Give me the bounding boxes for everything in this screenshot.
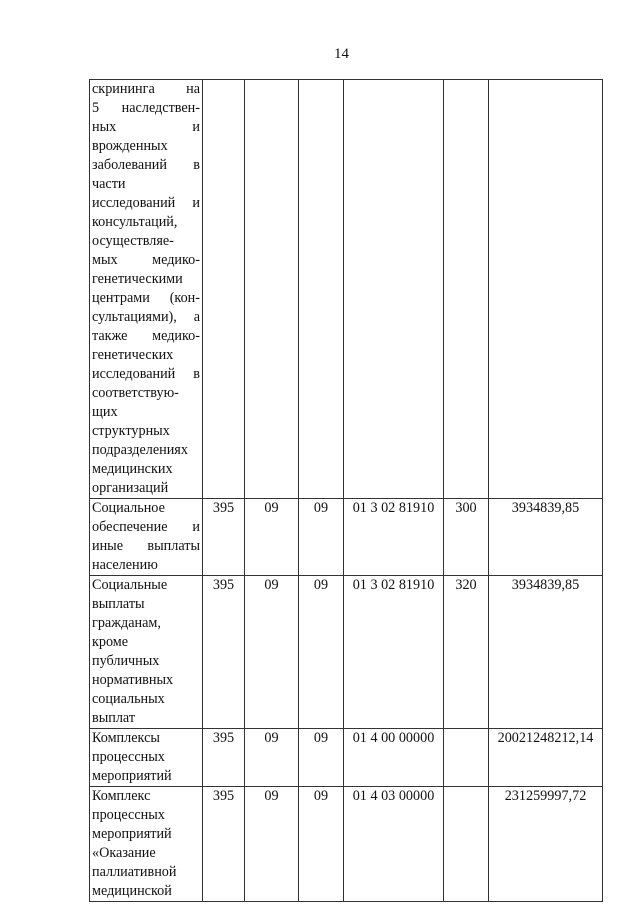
item-name-line: щих [92, 403, 200, 422]
subsection-code-cell: 09 [299, 729, 344, 787]
item-name-line: консультаций, [92, 213, 200, 232]
expense-type-cell [444, 787, 489, 902]
item-name-line: Комплексы [92, 729, 200, 748]
grbs-code-cell: 395 [203, 499, 245, 576]
item-name-line: заболеваний в [92, 156, 200, 175]
budget-table-body: скрининга на5 наследствен-ных иврожденны… [90, 80, 603, 902]
item-name-line: центрами (кон- [92, 289, 200, 308]
item-name-cell: Комплексыпроцессныхмероприятий [90, 729, 203, 787]
table-row: Комплекспроцессныхмероприятий«Оказаниепа… [90, 787, 603, 902]
item-name-line: выплаты [92, 595, 200, 614]
item-name-line: мых медико- [92, 251, 200, 270]
item-name-line: осуществляе- [92, 232, 200, 251]
item-name-line: Комплекс [92, 787, 200, 806]
expense-type-cell: 300 [444, 499, 489, 576]
item-name-line: медицинских [92, 460, 200, 479]
target-article-cell: 01 3 02 81910 [344, 499, 444, 576]
target-article-cell: 01 4 03 00000 [344, 787, 444, 902]
amount-cell: 3934839,85 [489, 576, 603, 729]
item-name-line: социальных [92, 690, 200, 709]
section-code-cell: 09 [245, 729, 299, 787]
item-name-line: скрининга на [92, 80, 200, 99]
item-name-line: организаций [92, 479, 200, 498]
item-name-line: врожденных [92, 137, 200, 156]
section-code-cell: 09 [245, 787, 299, 902]
amount-cell: 20021248212,14 [489, 729, 603, 787]
subsection-code-cell: 09 [299, 787, 344, 902]
item-name-line: части [92, 175, 200, 194]
item-name-line: паллиативной [92, 863, 200, 882]
item-name-line: публичных [92, 652, 200, 671]
item-name-line: генетическими [92, 270, 200, 289]
item-name-line: мероприятий [92, 767, 200, 786]
subsection-code-cell: 09 [299, 576, 344, 729]
item-name-cell: Социальныевыплатыгражданам,кромепубличны… [90, 576, 203, 729]
section-code-cell: 09 [245, 499, 299, 576]
grbs-code-cell: 395 [203, 576, 245, 729]
amount-cell: 231259997,72 [489, 787, 603, 902]
item-name-line: также медико- [92, 327, 200, 346]
item-name-line: «Оказание [92, 844, 200, 863]
grbs-code-cell [203, 80, 245, 499]
section-code-cell [245, 80, 299, 499]
item-name-cell: Комплекспроцессныхмероприятий«Оказаниепа… [90, 787, 203, 902]
subsection-code-cell [299, 80, 344, 499]
item-name-line: процессных [92, 806, 200, 825]
item-name-line: исследований в [92, 365, 200, 384]
item-name-line: 5 наследствен- [92, 99, 200, 118]
amount-cell: 3934839,85 [489, 499, 603, 576]
item-name-line: соответствую- [92, 384, 200, 403]
table-row: скрининга на5 наследствен-ных иврожденны… [90, 80, 603, 499]
target-article-cell: 01 4 00 00000 [344, 729, 444, 787]
target-article-cell [344, 80, 444, 499]
item-name-line: населению [92, 556, 200, 575]
item-name-line: Социальное [92, 499, 200, 518]
item-name-line: структурных [92, 422, 200, 441]
target-article-cell: 01 3 02 81910 [344, 576, 444, 729]
item-name-cell: скрининга на5 наследствен-ных иврожденны… [90, 80, 203, 499]
item-name-line: медицинской [92, 882, 200, 901]
amount-cell [489, 80, 603, 499]
item-name-line: выплат [92, 709, 200, 728]
subsection-code-cell: 09 [299, 499, 344, 576]
table-row: Социальныевыплатыгражданам,кромепубличны… [90, 576, 603, 729]
section-code-cell: 09 [245, 576, 299, 729]
item-name-line: подразделениях [92, 441, 200, 460]
item-name-line: сультациями), а [92, 308, 200, 327]
expense-type-cell: 320 [444, 576, 489, 729]
page-number: 14 [0, 45, 640, 63]
budget-table: скрининга на5 наследствен-ных иврожденны… [89, 79, 603, 902]
item-name-line: кроме [92, 633, 200, 652]
item-name-line: нормативных [92, 671, 200, 690]
item-name-line: исследований и [92, 194, 200, 213]
item-name-line: Социальные [92, 576, 200, 595]
item-name-line: мероприятий [92, 825, 200, 844]
grbs-code-cell: 395 [203, 729, 245, 787]
expense-type-cell [444, 729, 489, 787]
table-row: Комплексыпроцессныхмероприятий395090901 … [90, 729, 603, 787]
item-name-cell: Социальноеобеспечение ииные выплатынасел… [90, 499, 203, 576]
item-name-line: иные выплаты [92, 537, 200, 556]
expense-type-cell [444, 80, 489, 499]
item-name-line: процессных [92, 748, 200, 767]
grbs-code-cell: 395 [203, 787, 245, 902]
item-name-line: гражданам, [92, 614, 200, 633]
table-row: Социальноеобеспечение ииные выплатынасел… [90, 499, 603, 576]
item-name-line: обеспечение и [92, 518, 200, 537]
item-name-line: ных и [92, 118, 200, 137]
item-name-line: генетических [92, 346, 200, 365]
